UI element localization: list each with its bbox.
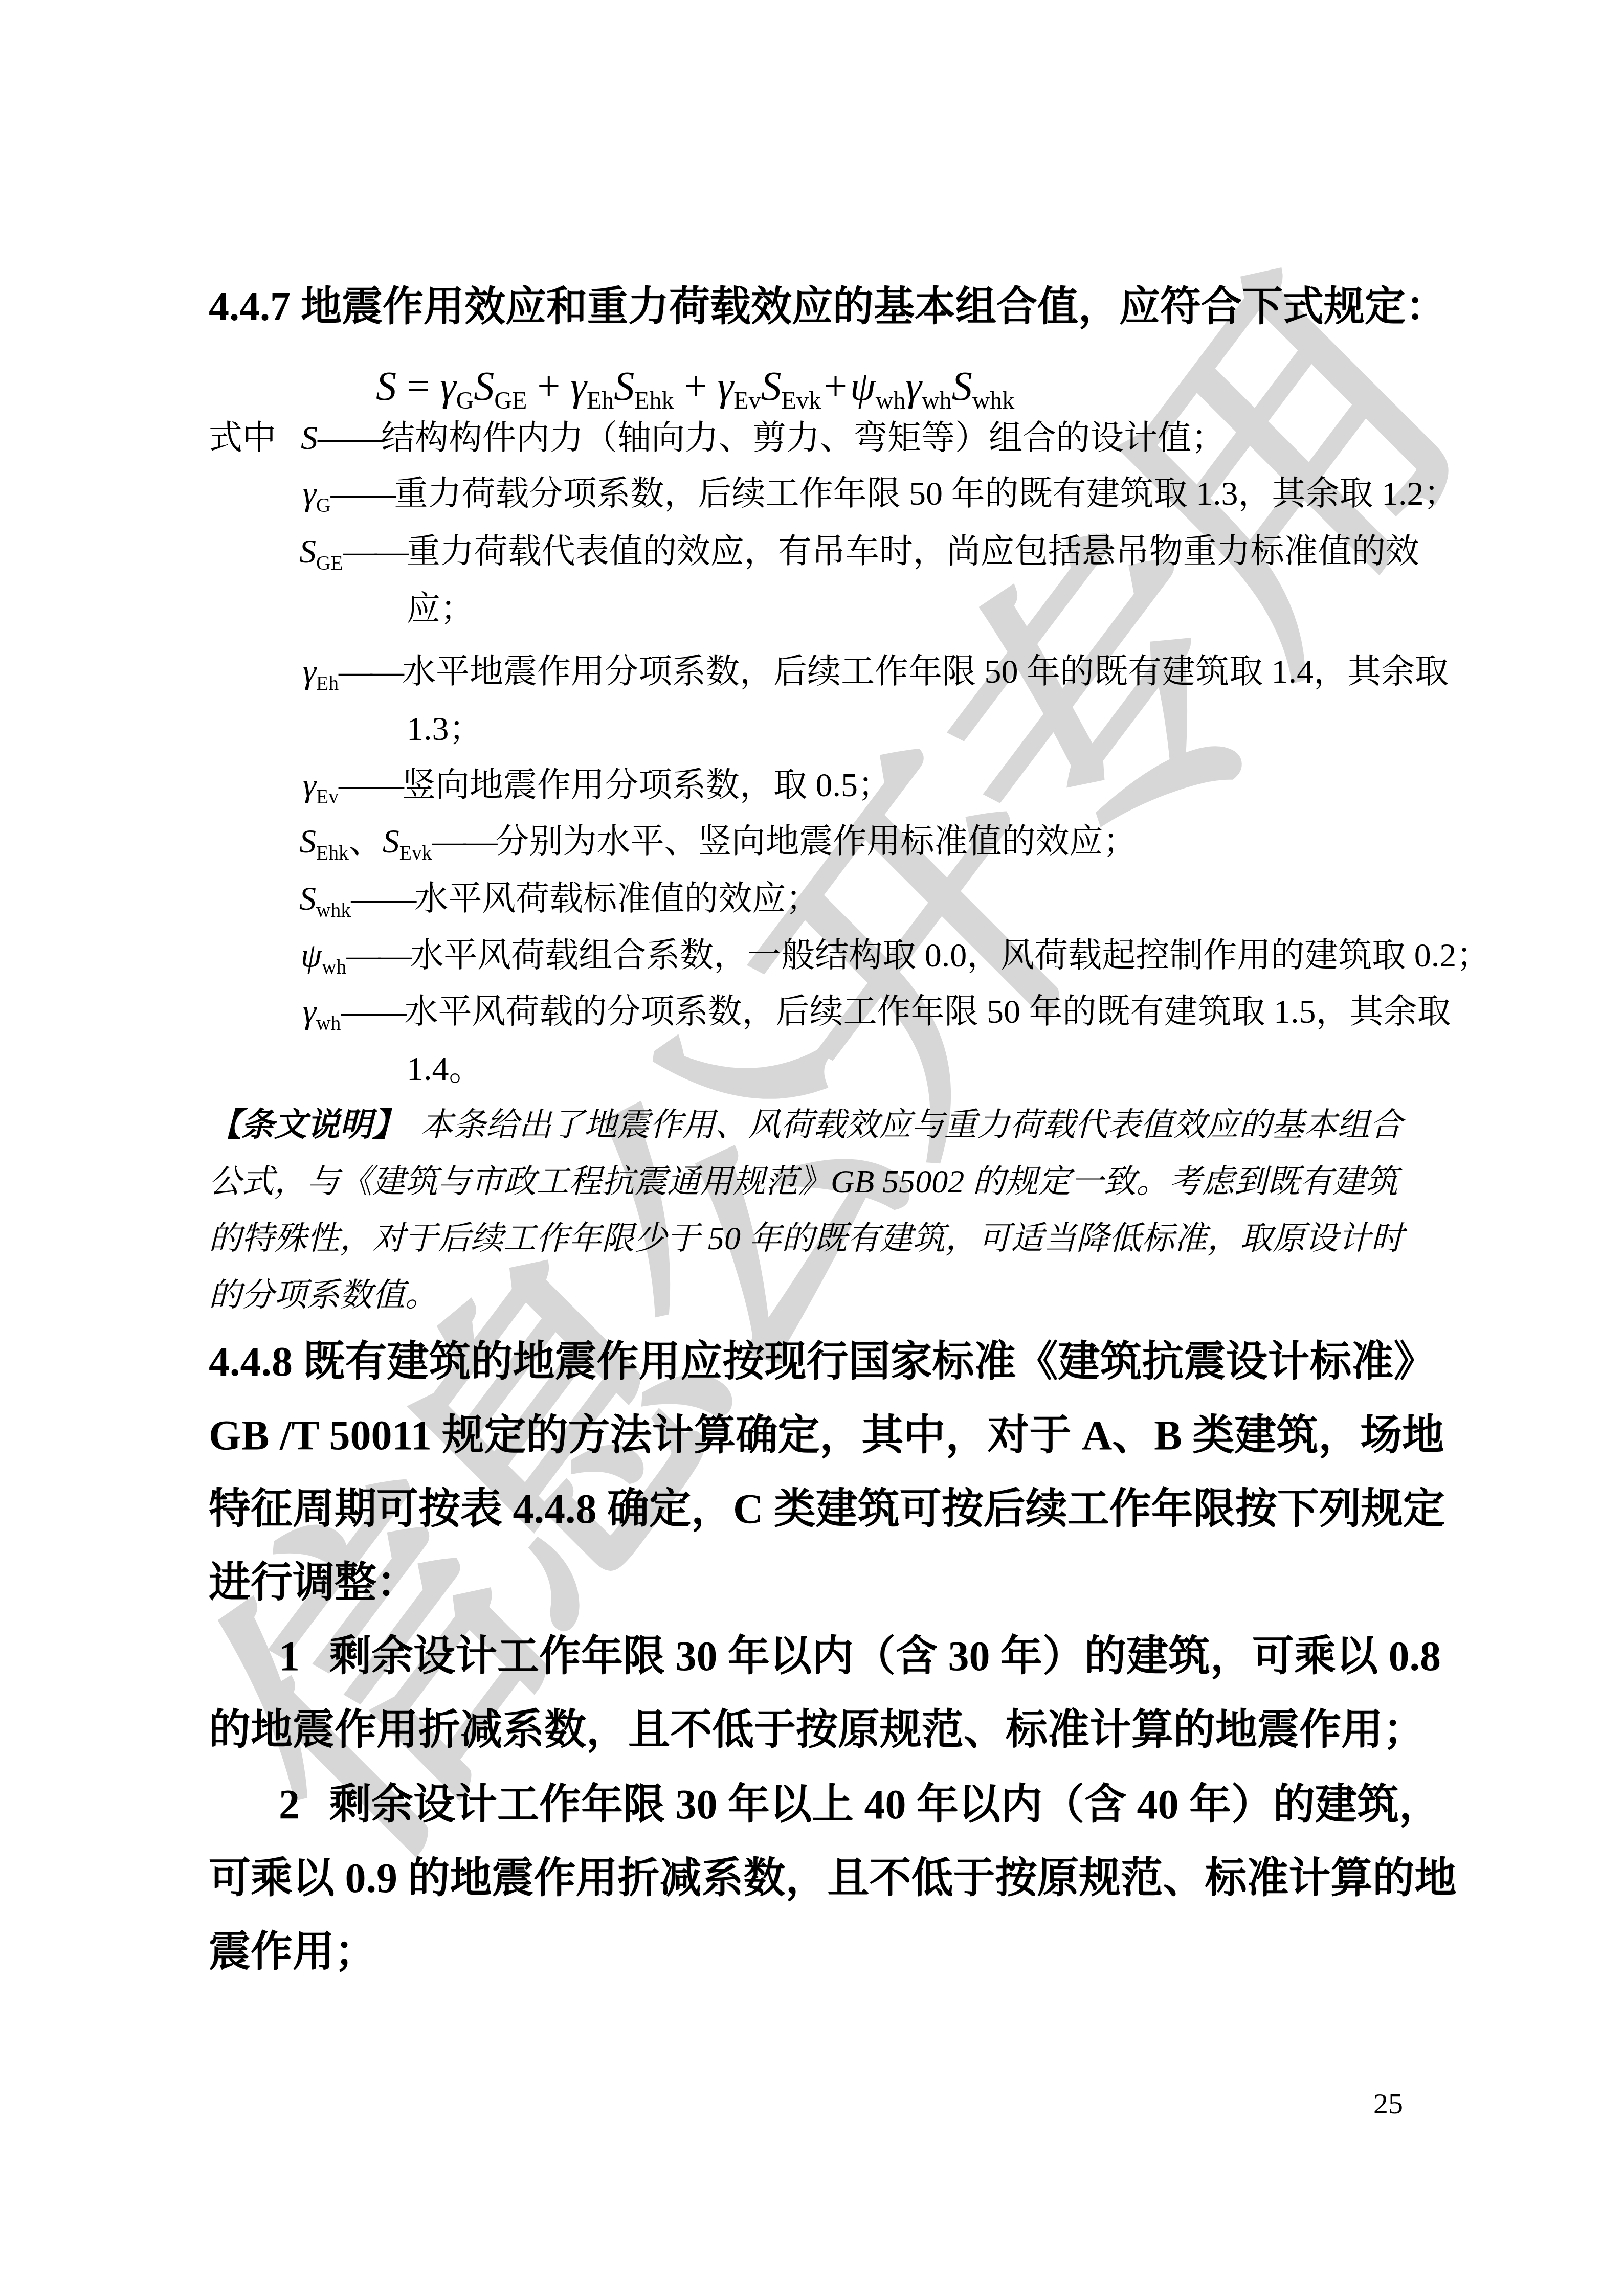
def-text: 水平风荷载标准值的效应； xyxy=(414,880,819,917)
em-dash: —— xyxy=(341,993,404,1030)
section-4-4-8-line-1: 4.4.8 既有建筑的地震作用应按现行国家标准《建筑抗震设计标准》 xyxy=(209,1341,1436,1383)
em-dash: —— xyxy=(339,767,402,804)
def-row-gamma-wh: γwh——水平风荷载的分项系数，后续工作年限 50 年的既有建筑取 1.5，其余… xyxy=(303,995,1451,1029)
section-4-4-8-line-2: GB /T 50011 规定的方法计算确定，其中，对于 A、B 类建筑，场地 xyxy=(209,1414,1444,1456)
em-dash: —— xyxy=(346,937,410,974)
def-row-gamma-G: γG——重力荷载分项系数，后续工作年限 50 年的既有建筑取 1.3，其余取 1… xyxy=(303,477,1458,511)
def-cont-S-GE: 应； xyxy=(407,592,474,626)
formula: S=γGSGE+γEhSEhk+γEvSEvk+ψwhγwhSwhk xyxy=(376,366,1014,407)
em-dash: —— xyxy=(318,419,381,457)
commentary-line-2: 公式，与《建筑与市政工程抗震通用规范》GB 55002 的规定一致。考虑到既有建… xyxy=(209,1165,1398,1198)
def-row-S-GE: SGE——重力荷载代表值的效应，有吊车时，尚应包括悬吊物重力标准值的效 xyxy=(299,535,1419,569)
plus-sign: + xyxy=(824,364,847,409)
psi-wh: ψ xyxy=(850,364,876,409)
em-dash: —— xyxy=(351,880,414,917)
commentary-label: 【条文说明】 xyxy=(209,1107,405,1143)
symbol-S: S xyxy=(301,419,318,457)
gamma-Ev: γ xyxy=(718,364,734,409)
document-page: 信息公开专用 4.4.7 地震作用效应和重力荷载效应的基本组合值，应符合下式规定… xyxy=(0,0,1624,2296)
symbol-gamma-wh: γ xyxy=(303,993,316,1030)
commentary-line-4: 的分项系数值。 xyxy=(209,1279,438,1312)
def-row-S: 式中S——结构构件内力（轴向力、剪力、弯矩等）组合的设计值； xyxy=(209,421,1225,455)
def-text: 重力荷载代表值的效应，有吊车时，尚应包括悬吊物重力标准值的效 xyxy=(407,533,1419,570)
em-dash: —— xyxy=(343,533,407,570)
symbol-psi-wh: ψ xyxy=(301,937,322,974)
symbol-S-whk: S xyxy=(299,880,316,917)
S-Ehk: S xyxy=(614,364,634,409)
item-2-number: 2 xyxy=(279,1784,300,1826)
item-1-line-1: 1剩余设计工作年限 30 年以内（含 30 年）的建筑，可乘以 0.8 xyxy=(279,1635,1441,1677)
def-row-gamma-Ev: γEv——竖向地震作用分项系数，取 0.5； xyxy=(303,769,892,802)
em-dash: —— xyxy=(331,475,394,512)
def-row-S-Ehk-S-Evk: SEhk、SEvk——分别为水平、竖向地震作用标准值的效应； xyxy=(299,825,1137,859)
section-4-4-8-line-4: 进行调整： xyxy=(209,1562,418,1604)
equals-sign: = xyxy=(407,364,430,409)
em-dash: —— xyxy=(339,653,402,690)
def-row-gamma-Eh: γEh——水平地震作用分项系数，后续工作年限 50 年的既有建筑取 1.4，其余… xyxy=(303,655,1449,689)
item-1-line-2: 的地震作用折减系数，且不低于按原规范、标准计算的地震作用； xyxy=(209,1709,1425,1751)
def-text: 水平风荷载的分项系数，后续工作年限 50 年的既有建筑取 1.5，其余取 xyxy=(404,993,1451,1030)
commentary-line-3: 的特殊性，对于后续工作年限少于 50 年的既有建筑，可适当降低标准，取原设计时 xyxy=(209,1222,1404,1255)
def-row-psi-wh: ψwh——水平风荷载组合系数，一般结构取 0.0，风荷载起控制作用的建筑取 0.… xyxy=(301,939,1490,973)
shizhong-label: 式中 xyxy=(209,419,276,457)
plus-sign: + xyxy=(684,364,707,409)
item-2-text: 剩余设计工作年限 30 年以上 40 年以内（含 40 年）的建筑， xyxy=(329,1781,1441,1828)
def-text: 分别为水平、竖向地震作用标准值的效应； xyxy=(496,823,1137,860)
section-4-4-7-heading: 4.4.7 地震作用效应和重力荷载效应的基本组合值，应符合下式规定： xyxy=(209,286,1447,327)
commentary-line-1: 【条文说明】本条给出了地震作用、风荷载效应与重力荷载代表值效应的基本组合 xyxy=(209,1109,1403,1141)
S-whk: S xyxy=(952,364,972,409)
symbol-gamma-G: γ xyxy=(303,475,316,512)
formula-lhs: S xyxy=(376,364,396,409)
symbol-gamma-Eh: γ xyxy=(303,653,316,690)
gamma-wh: γ xyxy=(905,364,922,409)
def-text: 水平风荷载组合系数，一般结构取 0.0，风荷载起控制作用的建筑取 0.2； xyxy=(410,937,1490,974)
item-2-line-2: 可乘以 0.9 的地震作用折减系数，且不低于按原规范、标准计算的地 xyxy=(209,1857,1457,1899)
symbol-gamma-Ev: γ xyxy=(303,767,316,804)
page-number: 25 xyxy=(1373,2089,1403,2119)
section-4-4-8-line-3: 特征周期可按表 4.4.8 确定，C 类建筑可按后续工作年限按下列规定 xyxy=(209,1488,1445,1530)
plus-sign: + xyxy=(537,364,560,409)
item-1-text: 剩余设计工作年限 30 年以内（含 30 年）的建筑，可乘以 0.8 xyxy=(329,1633,1441,1679)
gamma-Eh: γ xyxy=(570,364,587,409)
symbol-S-Evk: S xyxy=(383,823,399,860)
gamma-G: γ xyxy=(440,364,456,409)
def-text: 竖向地震作用分项系数，取 0.5； xyxy=(402,767,892,804)
em-dash: —— xyxy=(432,823,496,860)
def-cont-gamma-wh: 1.4。 xyxy=(407,1052,483,1086)
def-row-S-whk: Swhk——水平风荷载标准值的效应； xyxy=(299,882,819,916)
commentary-text: 本条给出了地震作用、风荷载效应与重力荷载代表值效应的基本组合 xyxy=(420,1107,1403,1143)
S-GE: S xyxy=(474,364,494,409)
def-cont-gamma-Eh: 1.3； xyxy=(407,712,483,746)
separator: 、 xyxy=(349,823,383,860)
def-text: 水平地震作用分项系数，后续工作年限 50 年的既有建筑取 1.4，其余取 xyxy=(402,653,1449,690)
item-2-line-1: 2剩余设计工作年限 30 年以上 40 年以内（含 40 年）的建筑， xyxy=(279,1784,1441,1826)
S-Evk: S xyxy=(761,364,782,409)
item-2-line-3: 震作用； xyxy=(209,1931,376,1973)
symbol-S-Ehk: S xyxy=(299,823,316,860)
item-1-number: 1 xyxy=(279,1635,300,1677)
def-text: 重力荷载分项系数，后续工作年限 50 年的既有建筑取 1.3，其余取 1.2； xyxy=(394,475,1458,512)
symbol-S-GE: S xyxy=(299,533,316,570)
def-text: 结构构件内力（轴向力、剪力、弯矩等）组合的设计值； xyxy=(381,419,1225,457)
